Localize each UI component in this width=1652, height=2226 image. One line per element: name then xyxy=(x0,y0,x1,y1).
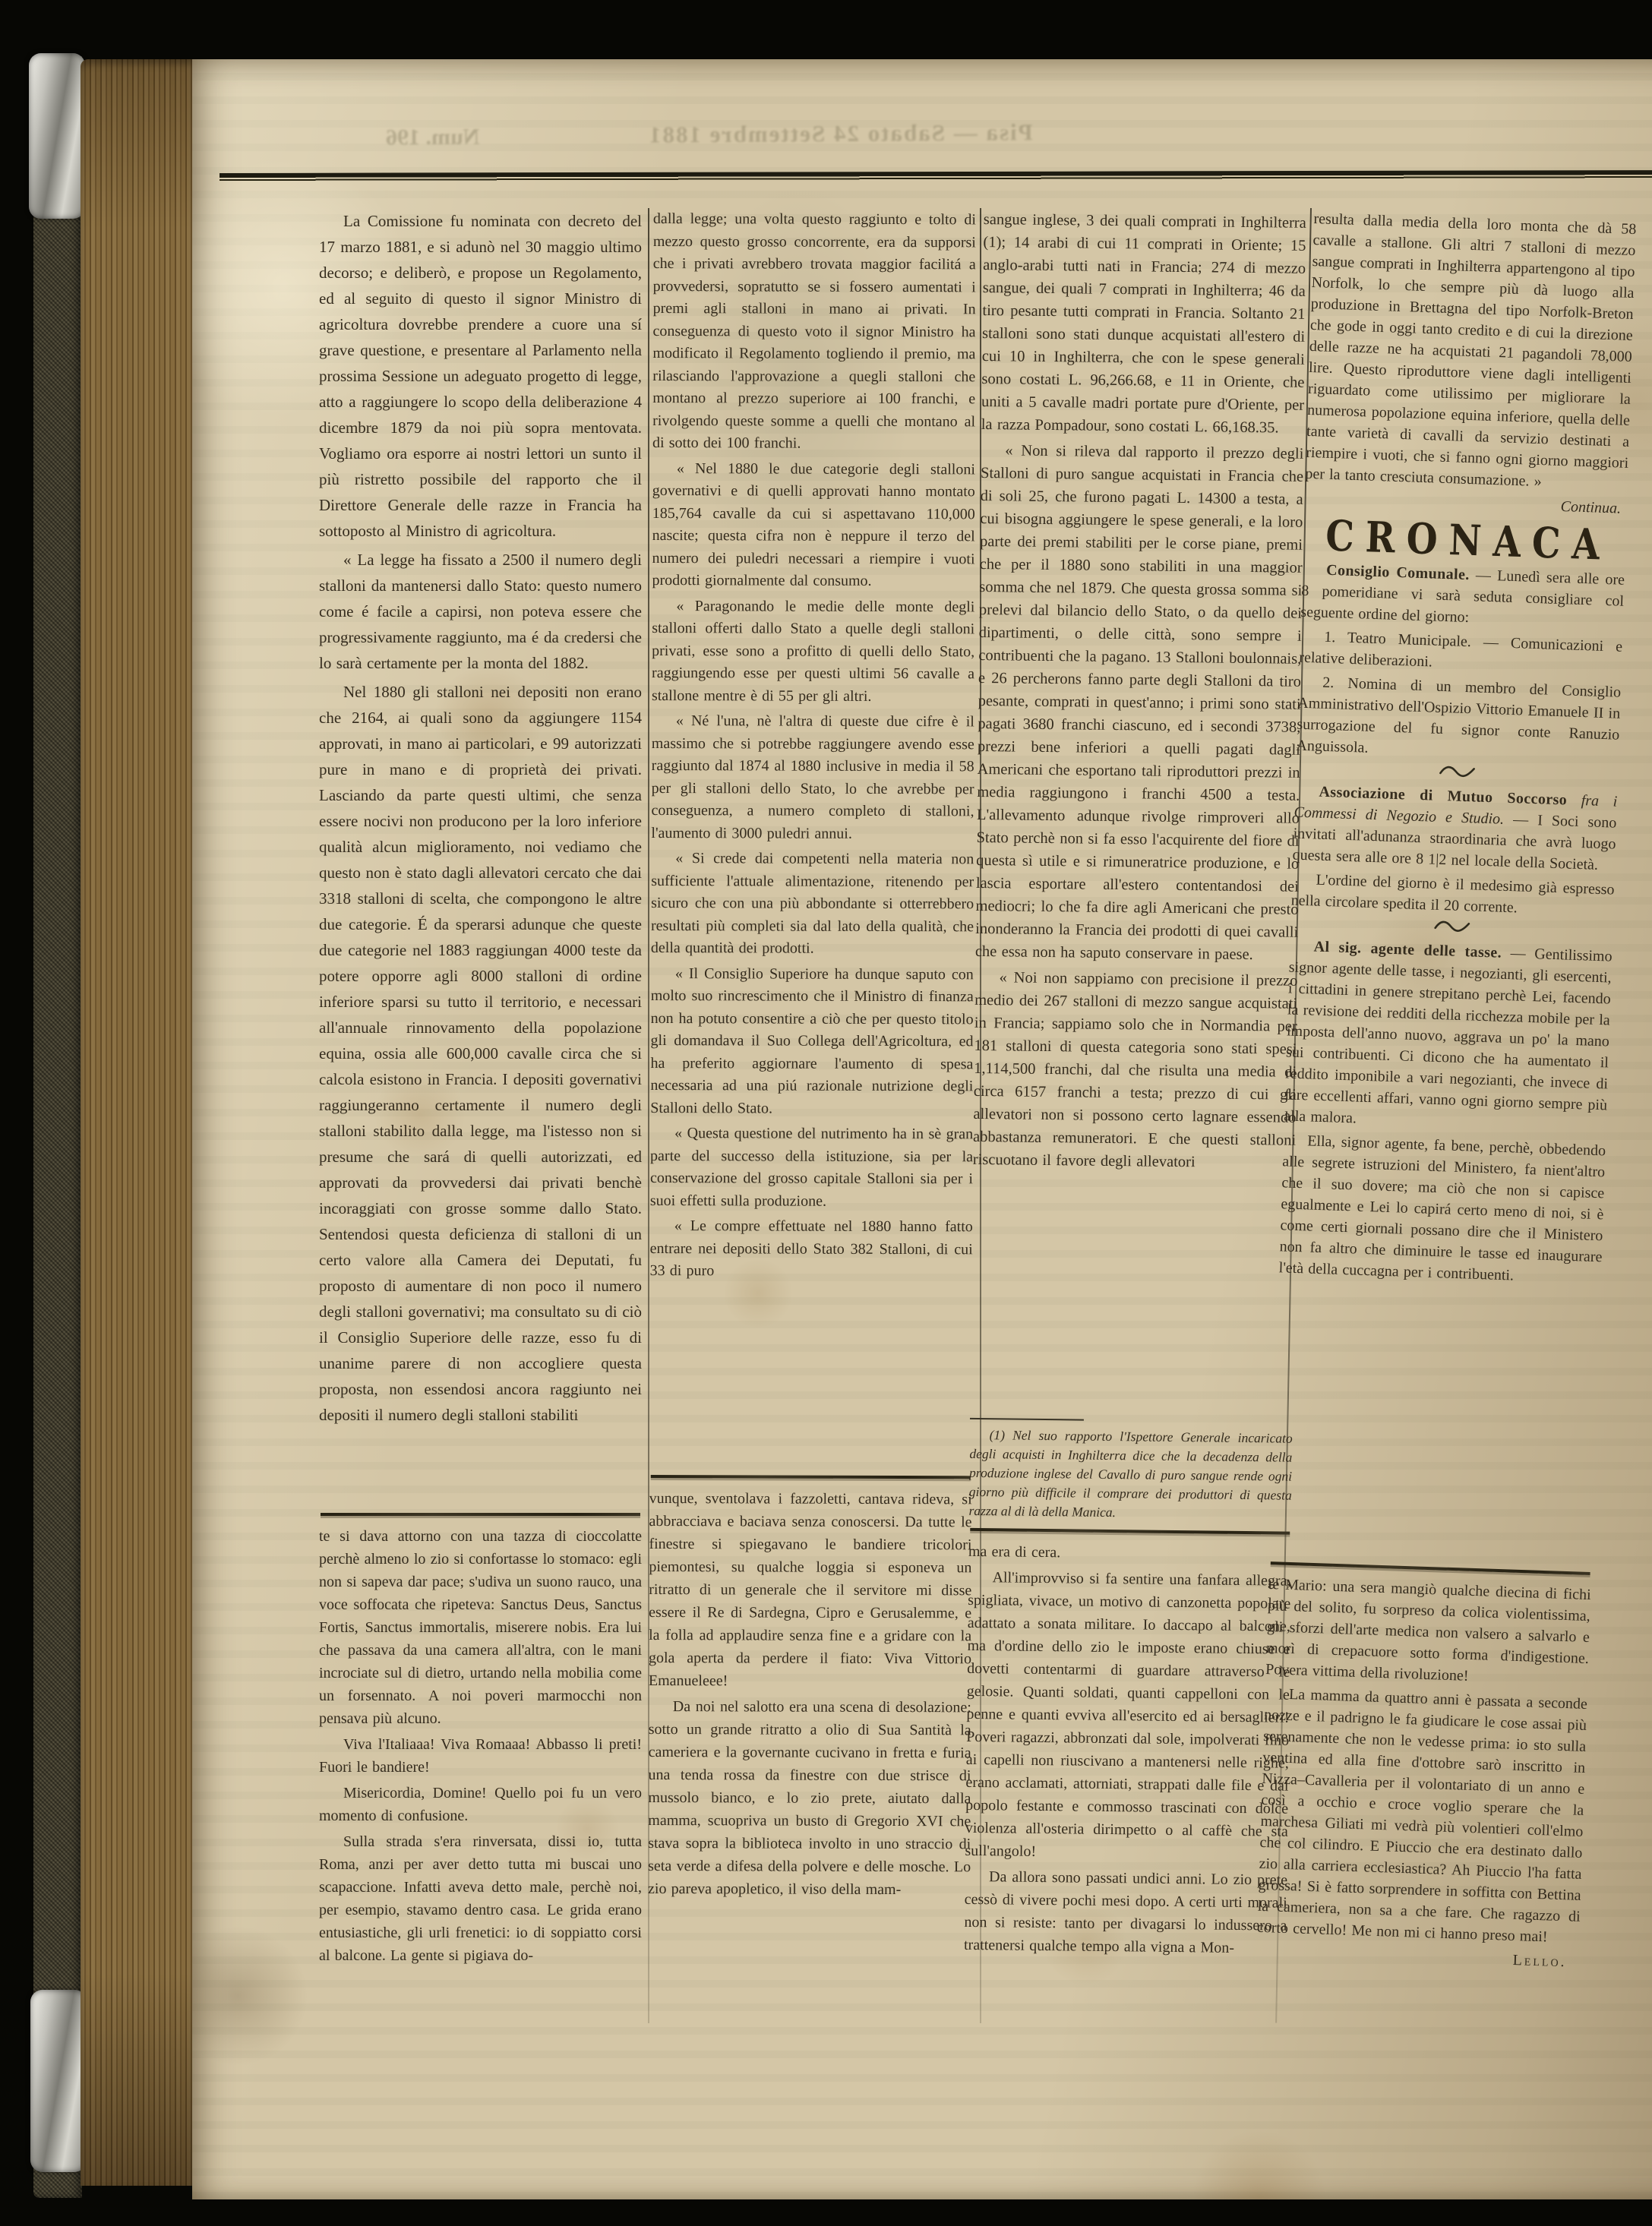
masthead-rule xyxy=(220,170,1652,182)
footnote-block: (1) Nel suo rapporto l'Ispettore General… xyxy=(968,1418,1293,1524)
column-2: dalla legge; una volta questo raggiunto … xyxy=(647,208,976,2033)
feuilleton-paragraph: te si dava attorno con una tazza di cioc… xyxy=(319,1525,642,1730)
metal-corner-clasp-bottom xyxy=(30,1990,87,2172)
column-4: resulta dalla media della loro monta che… xyxy=(1254,208,1636,2021)
article-paragraph: « Si crede dai competenti nella materia … xyxy=(651,848,974,961)
article-paragraph: « Questa questione del nutrimento ha in … xyxy=(650,1122,973,1213)
cronaca-item-associazione: Associazione di Mutuo Soccorso fra i Com… xyxy=(1290,781,1617,922)
metal-corner-clasp-top xyxy=(29,53,85,219)
feuilleton-paragraph: ma era di cera. xyxy=(968,1540,1291,1567)
cronaca-item-consiglio: Consiglio Comunale. — Lunedì sera alle o… xyxy=(1296,559,1625,767)
feuilleton-paragraph: Da allora sono passati undici anni. Lo z… xyxy=(964,1865,1287,1960)
article-paragraph: La Comissione fu nominata con decreto de… xyxy=(319,208,642,544)
feuilleton-paragraph: All'improvviso si fa sentire una fanfara… xyxy=(965,1566,1290,1866)
article-paragraph: « Le compre effettuate nel 1880 hanno fa… xyxy=(650,1215,973,1284)
column-3-article: sangue inglese, 3 dei quali comprati in … xyxy=(968,208,1306,1526)
feuilleton-divider-rule xyxy=(651,1475,971,1479)
cronaca-item-text: — Gentilissimo signor agente delle tasse… xyxy=(1284,945,1613,1126)
article-paragraph: « Paragonando le medie delle monte degli… xyxy=(652,595,974,708)
column-1-article: La Comissione fu nominata con decreto de… xyxy=(319,208,642,1507)
feuilleton-paragraph: La mamma da quattro anni è passata a sec… xyxy=(1256,1683,1587,1949)
article-paragraph: sangue inglese, 3 dei quali comprati in … xyxy=(981,208,1306,440)
ghost-issue-number: Num. 196 xyxy=(386,125,480,151)
article-paragraph: dalla legge; una volta questo raggiunto … xyxy=(652,208,976,456)
feuilleton-paragraph: Misericordia, Domine! Quello poi fu un v… xyxy=(319,1782,642,1827)
column-2-feuilleton: vunque, sventolava i fazzoletti, cantava… xyxy=(647,1487,971,2033)
agenda-item: 2. Nomina di un membro del Consiglio Amm… xyxy=(1296,671,1621,767)
article-paragraph: « Nel 1880 le due categorie degli stallo… xyxy=(652,457,975,592)
column-4-feuilleton: te Mario: una sera mangiò qualche diecin… xyxy=(1254,1574,1591,2021)
column-3: sangue inglese, 3 dei quali comprati in … xyxy=(963,208,1306,2034)
book-spine xyxy=(33,56,82,2198)
feuilleton-paragraph: te Mario: una sera mangiò qualche diecin… xyxy=(1265,1574,1591,1691)
column-3-feuilleton: ma era di cera. All'improvviso si fa sen… xyxy=(963,1540,1291,2034)
book-page-edges xyxy=(81,59,194,2186)
cronaca-item-lead: Associazione di Mutuo Soccorso xyxy=(1319,784,1567,809)
ghost-date-line: Pisa — Sabato 24 Settembre 1881 xyxy=(648,118,1033,149)
feuilleton-divider-rule xyxy=(970,1528,1290,1535)
newspaper-page: Num. 196 Pisa — Sabato 24 Settembre 1881… xyxy=(192,59,1652,2199)
article-paragraph: « Il Consiglio Superiore ha dunque saput… xyxy=(650,962,974,1120)
cronaca-item-lead: Al sig. agente delle tasse. xyxy=(1313,939,1502,961)
cronaca-item-agente-tasse: Al sig. agente delle tasse. — Gentilissi… xyxy=(1278,935,1613,1289)
agenda-item: 1. Teatro Municipale. — Comunicazioni e … xyxy=(1299,626,1623,679)
feuilleton-divider-rule xyxy=(321,1513,640,1516)
cronaca-item-extra: L'ordine del giorno è il medesimo già es… xyxy=(1290,869,1615,922)
feuilleton-paragraph: Da noi nel salotto era una scena di deso… xyxy=(648,1695,971,1901)
feuilleton-paragraph: Sulla strada s'era rinversata, dissi io,… xyxy=(319,1830,642,1967)
article-paragraph: « La legge ha fissato a 2500 il numero d… xyxy=(319,547,642,676)
cronaca-heading: CRONACA xyxy=(1303,523,1626,559)
column-4-article-and-cronaca: resulta dalla media della loro monta che… xyxy=(1269,208,1637,1566)
feuilleton-paragraph: Viva l'Italiaaa! Viva Romaaa! Abbasso li… xyxy=(319,1733,642,1779)
column-1: La Comissione fu nominata con decreto de… xyxy=(319,208,642,2019)
article-paragraph: « Né l'una, nè l'altra di queste due cif… xyxy=(651,710,974,845)
article-paragraph: « Non si rileva dal rapporto il prezzo d… xyxy=(975,439,1304,967)
article-paragraph: « Noi non sappiamo con precisione il pre… xyxy=(973,966,1298,1175)
feuilleton-paragraph: vunque, sventolava i fazzoletti, cantava… xyxy=(649,1487,972,1693)
cronaca-item-lead: Consiglio Comunale. xyxy=(1326,562,1470,583)
cronaca-item-extra: Ella, signor agente, fa bene, perchè, ob… xyxy=(1278,1129,1606,1289)
article-paragraph: Nel 1880 gli stalloni nei depositi non e… xyxy=(319,679,642,1428)
footnote-text: (1) Nel suo rapporto l'Ispettore General… xyxy=(968,1426,1292,1524)
column-1-feuilleton: te si dava attorno con una tazza di cioc… xyxy=(319,1525,642,2019)
footnote-rule xyxy=(970,1418,1084,1421)
column-2-article: dalla legge; una volta questo raggiunto … xyxy=(649,208,976,1470)
article-paragraph: resulta dalla media della loro monta che… xyxy=(1305,208,1637,495)
